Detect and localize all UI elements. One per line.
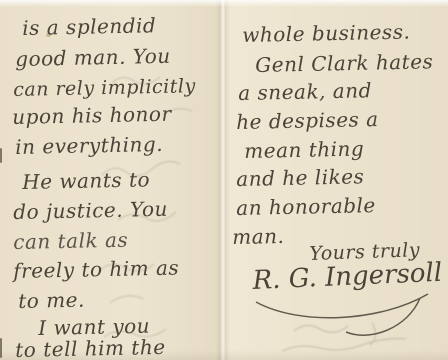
letter-line: to tell him the	[15, 335, 166, 360]
page-fold-crease	[216, 0, 230, 360]
letter-line: a sneak, and	[238, 78, 372, 105]
signature-flourish	[250, 292, 436, 344]
letter-line: he despises a	[236, 107, 379, 134]
letter-line: upon his honor	[12, 102, 172, 129]
paper-edge-mark	[0, 338, 2, 358]
letter-line: whole business.	[242, 19, 411, 47]
letter-line: is a splendid	[22, 13, 156, 40]
letter-line: an honorable	[236, 193, 376, 220]
letter-line: Genl Clark hates	[255, 49, 434, 77]
letter-line: mean thing	[244, 136, 364, 163]
letter-line: can talk as	[13, 228, 128, 254]
letter-scan: is a splendid good man. You can rely imp…	[0, 0, 448, 360]
letter-line: freely to him as	[13, 256, 179, 283]
letter-line: to me.	[18, 288, 85, 313]
letter-line: and he likes	[236, 164, 365, 191]
letter-line: in everything.	[15, 132, 163, 159]
letter-line: man.	[232, 224, 285, 249]
letter-line: do justice. You	[13, 197, 168, 224]
letter-line: can rely implicitly	[13, 75, 196, 101]
letter-line: good man. You	[15, 44, 171, 71]
paper-edge-mark	[0, 148, 2, 163]
letter-line: He wants to	[22, 167, 150, 194]
paper-top-edge-highlight	[0, 0, 448, 7]
